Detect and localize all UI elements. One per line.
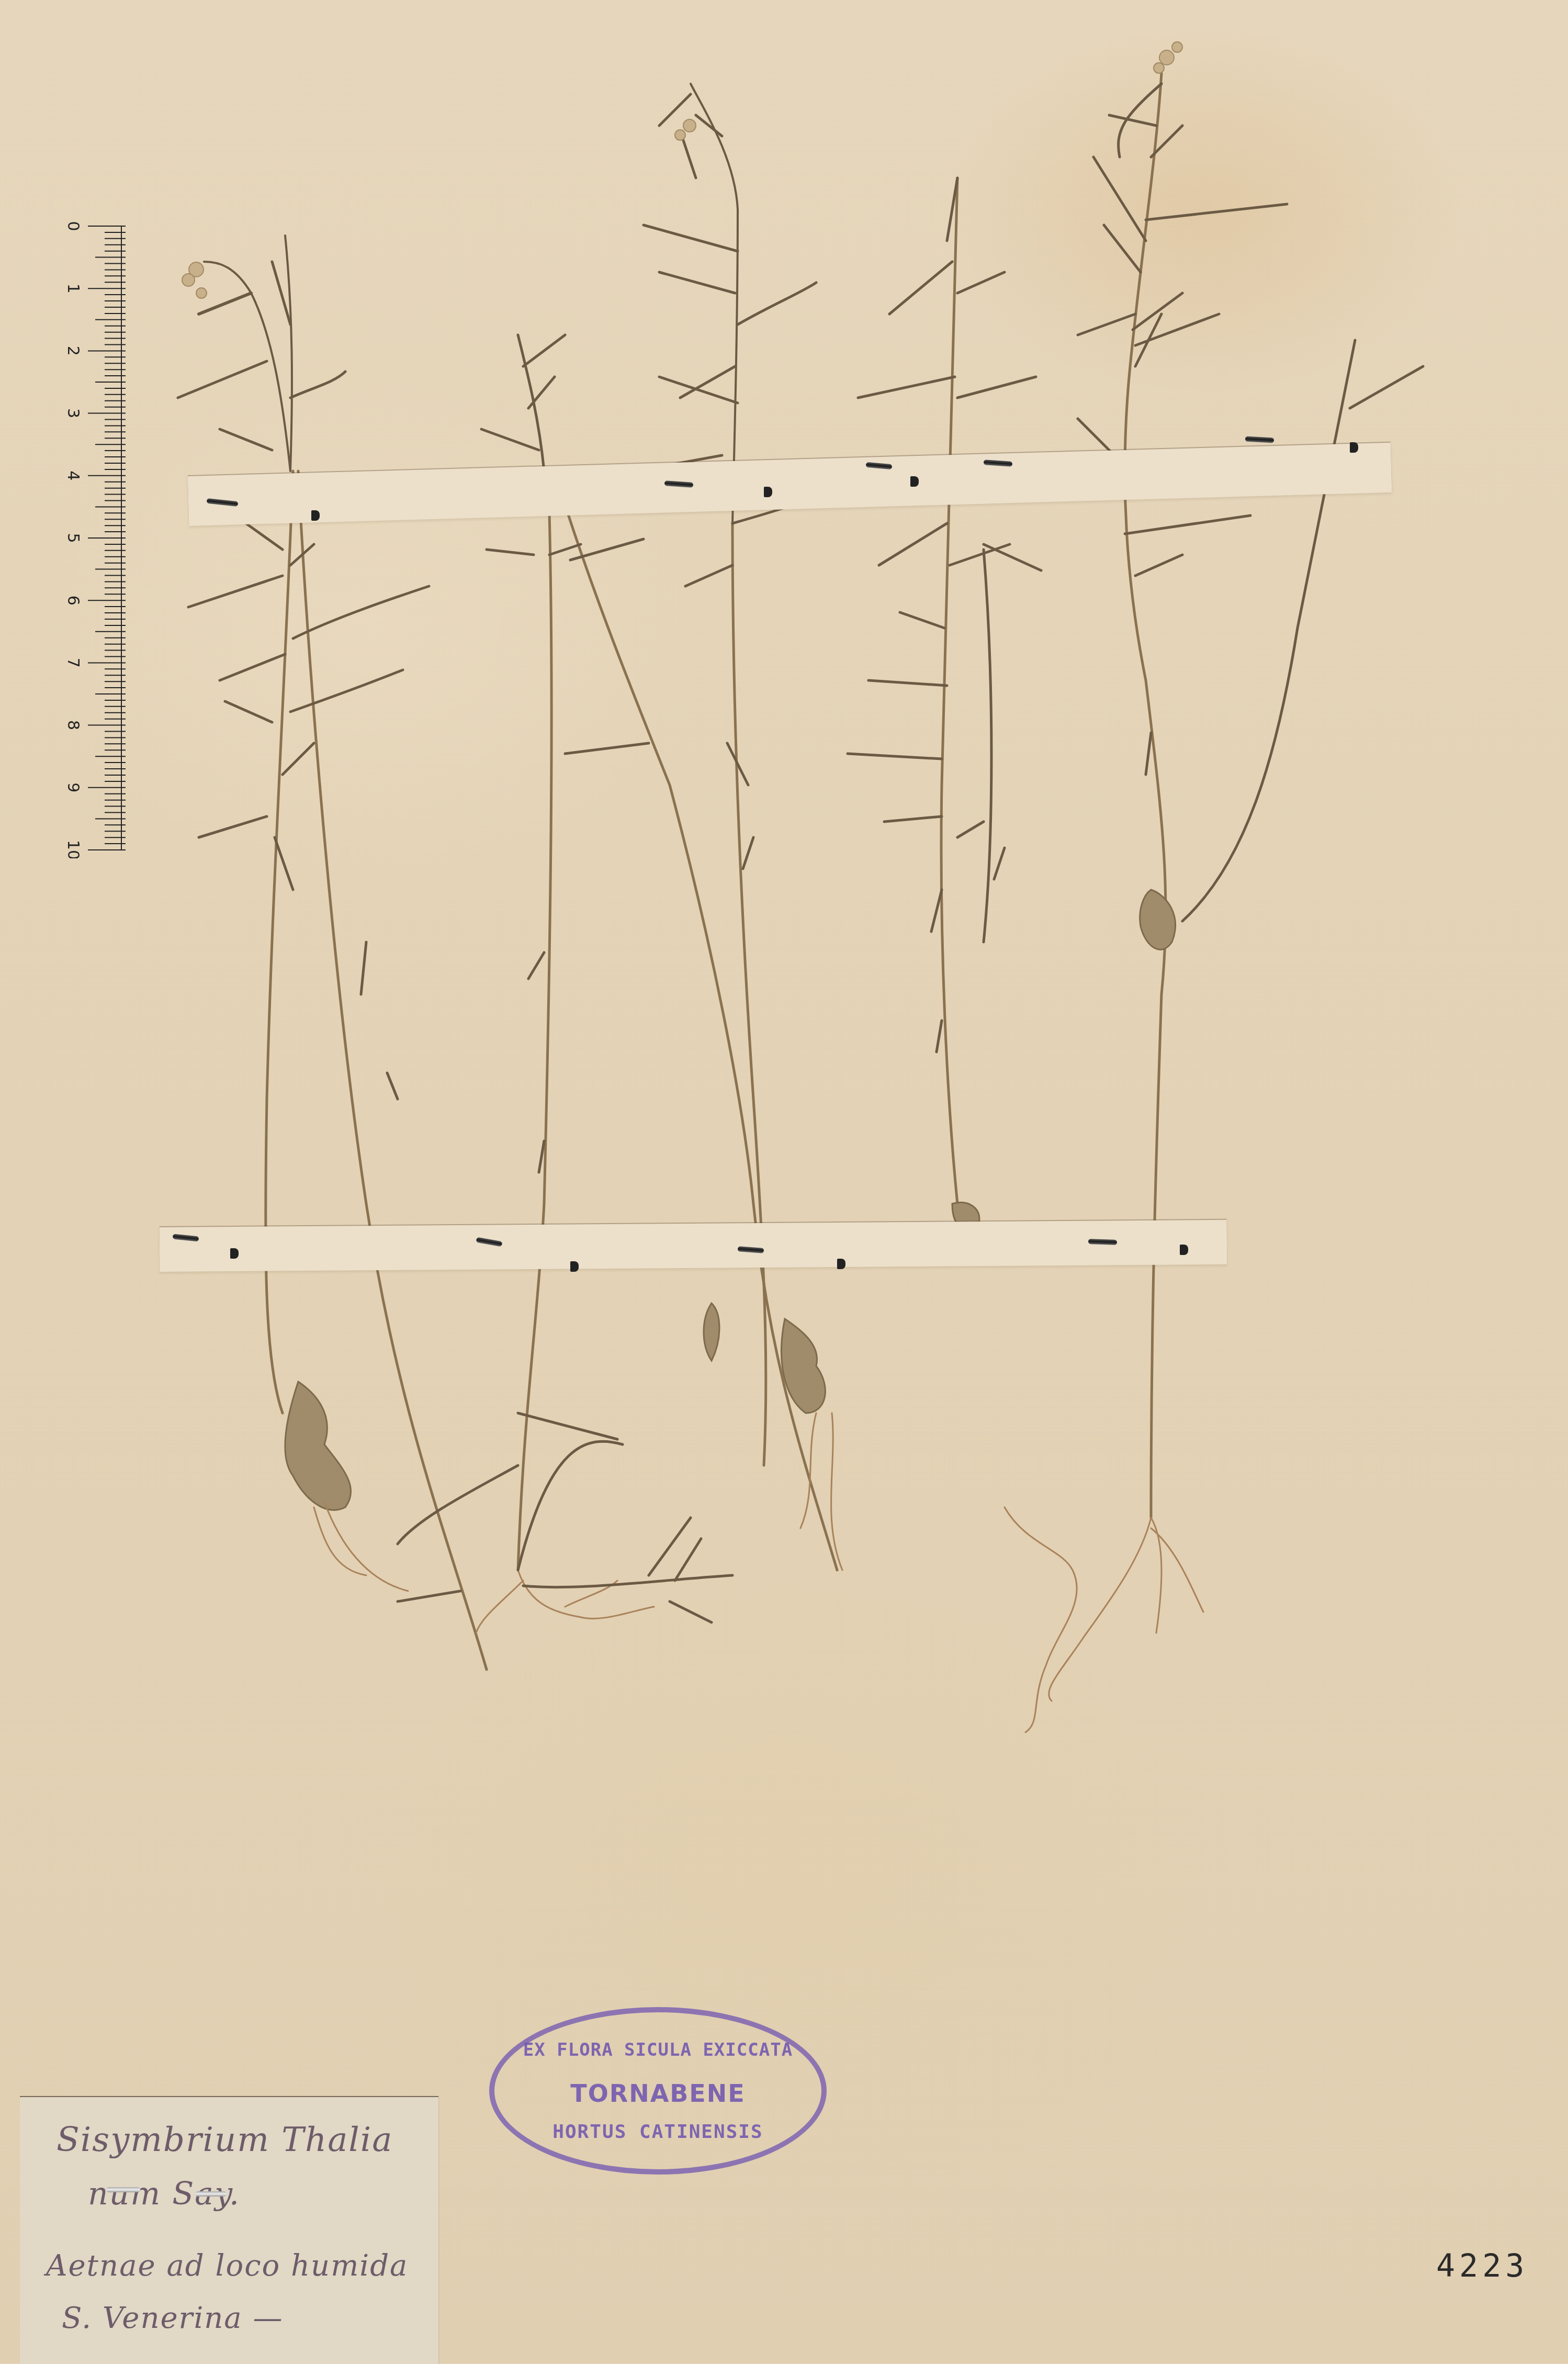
plant-specimens xyxy=(0,0,1568,2363)
mounting-pin-head xyxy=(837,1259,845,1269)
ruler-tick-label: 4 xyxy=(64,470,82,480)
label-pin xyxy=(195,2191,227,2197)
mounting-pin xyxy=(1088,1239,1117,1245)
mounting-strip-upper xyxy=(188,443,1392,526)
ruler-tick-label: 6 xyxy=(64,596,82,606)
basal-rosettes xyxy=(285,890,1176,1510)
catalog-number: 4223 xyxy=(1436,2248,1529,2284)
stamp-top-line: EX FLORA SICULA EXICCATA xyxy=(494,2040,821,2060)
flower-cluster-3 xyxy=(675,119,696,140)
plant-stem-5 xyxy=(1078,73,1423,1518)
institution-stamp: EX FLORA SICULA EXICCATA TORNABENE HORTU… xyxy=(489,2007,827,2175)
mounting-pin-head xyxy=(311,510,320,521)
label-locality-line-2: S. Venerina — xyxy=(62,2301,284,2335)
ruler-tick-label: 5 xyxy=(64,533,82,543)
ruler-tick-label: 9 xyxy=(64,782,82,792)
mounting-pin-head xyxy=(910,476,919,487)
ruler-tick-label: 0 xyxy=(64,221,82,231)
plant-stem-4 xyxy=(848,178,1041,1204)
ruler-tick-label: 10 xyxy=(64,840,82,858)
stamp-bottom-line: HORTUS CATINENSIS xyxy=(494,2121,821,2143)
basal-leaves-lower xyxy=(398,1441,732,1622)
roots xyxy=(314,1413,1203,1732)
mounting-pin-head xyxy=(764,487,772,497)
herbarium-sheet: 012345678910 xyxy=(0,0,1568,2363)
ruler-tick-label: 8 xyxy=(64,720,82,730)
label-locality-line: Aetnae ad loco humida xyxy=(46,2249,408,2283)
plant-stem-1 xyxy=(178,236,487,1670)
label-species-line-1: Sisymbrium Thalia xyxy=(57,2121,393,2159)
ruler-tick-label: 2 xyxy=(64,346,82,356)
plant-stem-2 xyxy=(398,335,837,1570)
scale-ruler: 012345678910 xyxy=(52,220,126,858)
label-pin xyxy=(106,2187,140,2192)
mounting-pin-head xyxy=(570,1261,579,1272)
ruler-tick-label: 1 xyxy=(64,284,82,294)
mounting-pin xyxy=(1245,436,1274,443)
mounting-pin-head xyxy=(230,1248,239,1259)
stamp-center-line: TORNABENE xyxy=(494,2079,821,2108)
collection-label: Sisymbrium Thalia num Say. Aetnae ad loc… xyxy=(20,2096,438,2363)
ruler-tick-label: 3 xyxy=(64,408,82,418)
mounting-pin-head xyxy=(1350,442,1358,453)
ruler-tick-label: 7 xyxy=(64,658,82,668)
mounting-pin-head xyxy=(1180,1245,1188,1255)
flower-cluster-1 xyxy=(182,262,207,298)
mounting-strip-lower xyxy=(160,1220,1227,1272)
flower-cluster-5 xyxy=(1154,42,1182,73)
